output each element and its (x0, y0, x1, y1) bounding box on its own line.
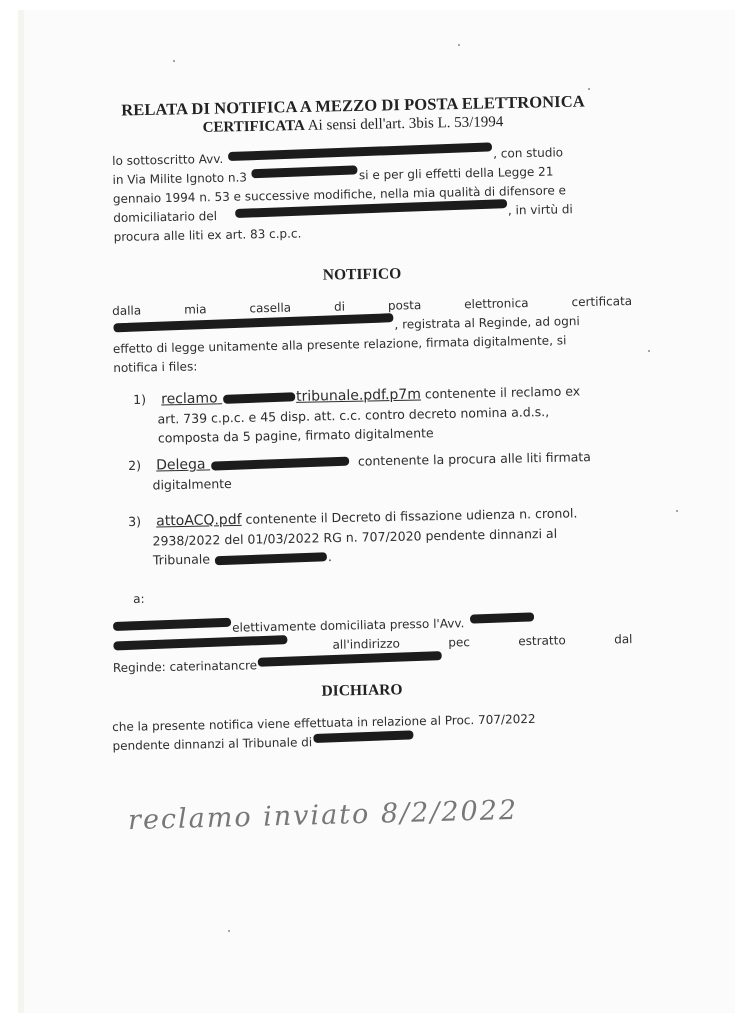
list-number: 1) (133, 390, 157, 409)
file-name: attoACQ.pdf (156, 512, 242, 530)
intro-paragraph: lo sottoscritto Avv. , con studio in Via… (112, 142, 634, 247)
file-description: Tribunale (153, 551, 210, 567)
file-description: contenente la procura alle liti firmata (358, 449, 591, 468)
justified-word: dal (614, 630, 633, 649)
scan-speck (228, 930, 230, 932)
redaction-mark (470, 612, 534, 623)
redaction-mark (211, 456, 349, 470)
recipient-text: Reginde: caterinatancre (113, 656, 258, 678)
list-number: 3) (128, 512, 152, 531)
recipient-label: a: (133, 588, 233, 609)
justified-word: pec (448, 633, 470, 652)
file-name: Delega (156, 454, 350, 474)
justified-word: dalla (112, 301, 141, 321)
scan-speck (588, 88, 590, 90)
dichiaro-text: pendente dinnanzi al Tribunale di (112, 733, 312, 756)
intro-text: , in virtù di (508, 200, 573, 220)
intro-text: , con studio (493, 143, 563, 163)
file-item-1: 1) reclamo tribunale.pdf.p7m contenente … (133, 380, 634, 448)
file-name-prefix: reclamo (161, 390, 218, 407)
list-number: 2) (128, 456, 152, 475)
scan-speck (676, 510, 678, 512)
intro-text: procura alle liti ex art. 83 c.p.c. (113, 224, 301, 247)
redaction-mark (215, 552, 327, 565)
subtitle-normal: Ai sensi dell'art. 3bis L. 53/1994 (308, 114, 504, 134)
recipient-label-text: a: (133, 592, 145, 606)
justified-word: estratto (518, 631, 566, 651)
file-name-suffix: tribunale.pdf.p7m (296, 386, 421, 404)
file-name-prefix: Delega (156, 457, 206, 474)
justified-word: posta (388, 296, 422, 316)
notifico-paragraph: dallamiacaselladipostaelettronicacertifi… (112, 292, 633, 378)
recipient-paragraph: elettivamente domiciliata presso l'Avv. … (112, 611, 633, 678)
justified-word: certificata (571, 292, 632, 312)
redaction-mark (113, 618, 231, 631)
intro-text: domiciliatario del (113, 207, 217, 228)
redaction-mark (223, 392, 295, 404)
notifico-text: notifica i files: (113, 357, 197, 378)
intro-text: lo sottoscritto Avv. (112, 150, 223, 171)
scan-speck (648, 350, 650, 352)
redaction-mark (252, 165, 358, 178)
intro-text: in Via Milite Ignoto n.3 (112, 168, 247, 190)
scan-speck (458, 44, 460, 46)
justified-word: elettronica (464, 294, 529, 314)
subtitle-bold: CERTIFICATA (202, 118, 304, 136)
justified-word: di (334, 298, 345, 317)
file-item-3: 3) attoACQ.pdf contenente il Decreto di … (128, 502, 634, 570)
justified-word: mia (184, 300, 207, 319)
justified-word: casella (249, 299, 291, 319)
scan-speck (173, 60, 175, 62)
justified-word: all'indirizzo (332, 634, 400, 654)
file-description: contenente il reclamo ex (425, 383, 581, 401)
